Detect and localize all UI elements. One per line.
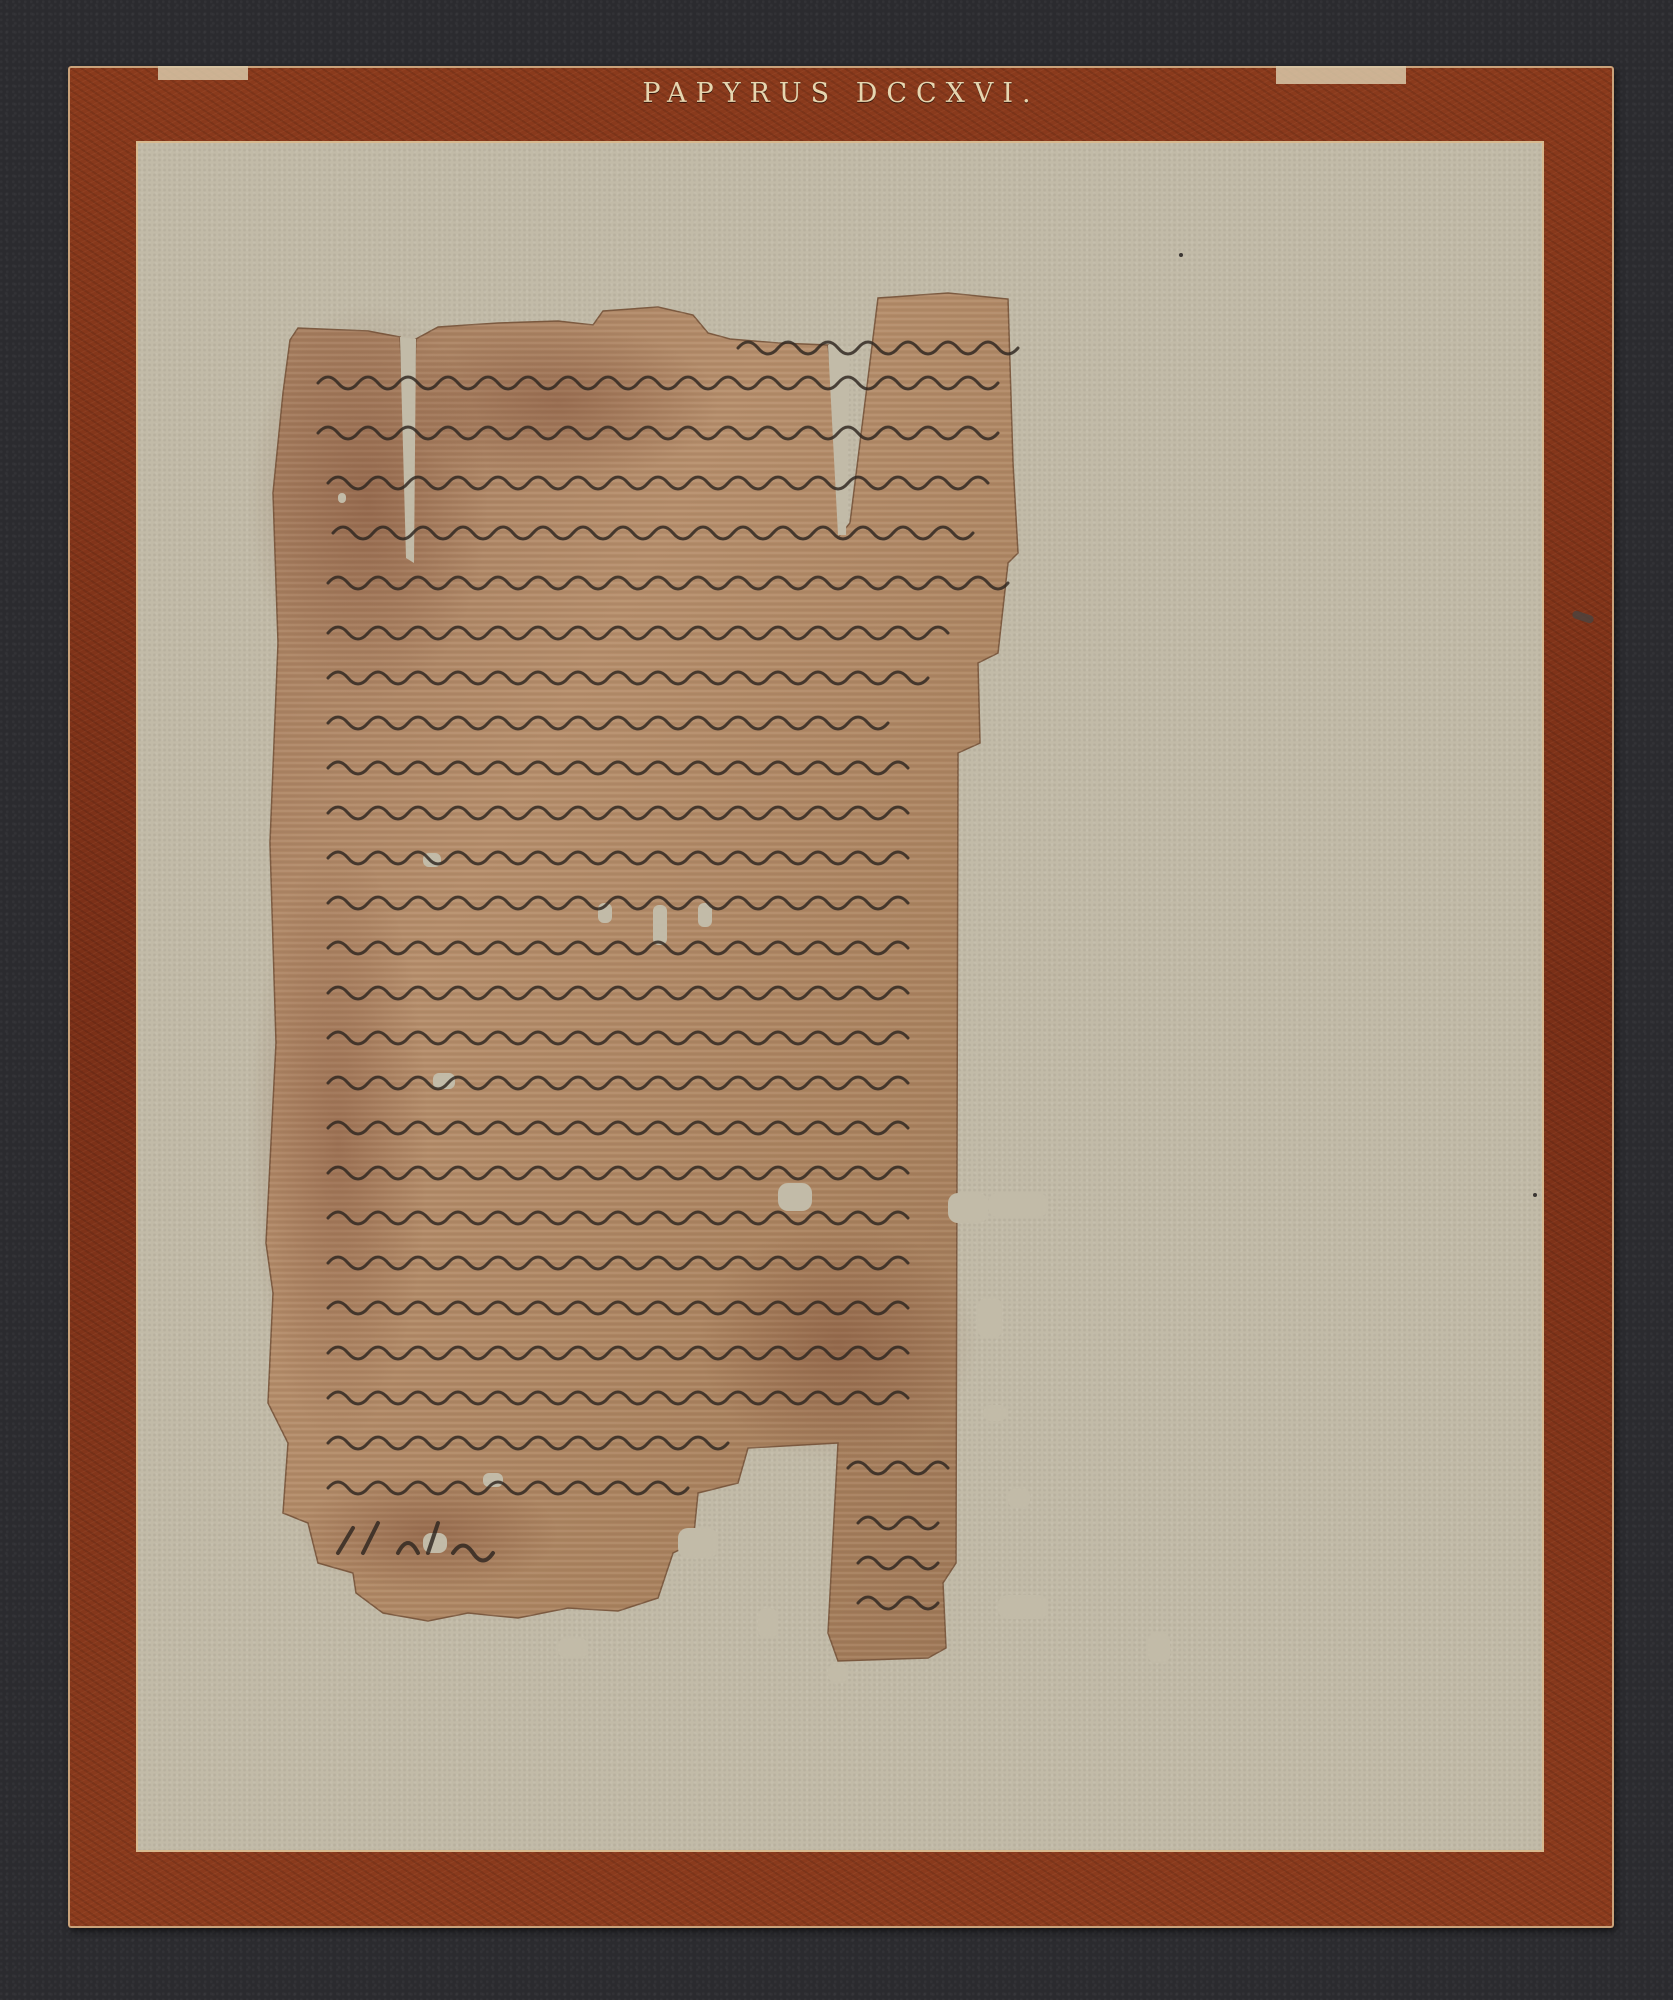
- frame-title: PAPYRUS DCCXVI.: [68, 78, 1614, 109]
- mat-blemish: [1571, 610, 1594, 624]
- papyrus-fragment: [138, 143, 1542, 1850]
- leather-frame: PAPYRUS DCCXVI.: [68, 66, 1614, 1928]
- mount-mat: [138, 143, 1542, 1850]
